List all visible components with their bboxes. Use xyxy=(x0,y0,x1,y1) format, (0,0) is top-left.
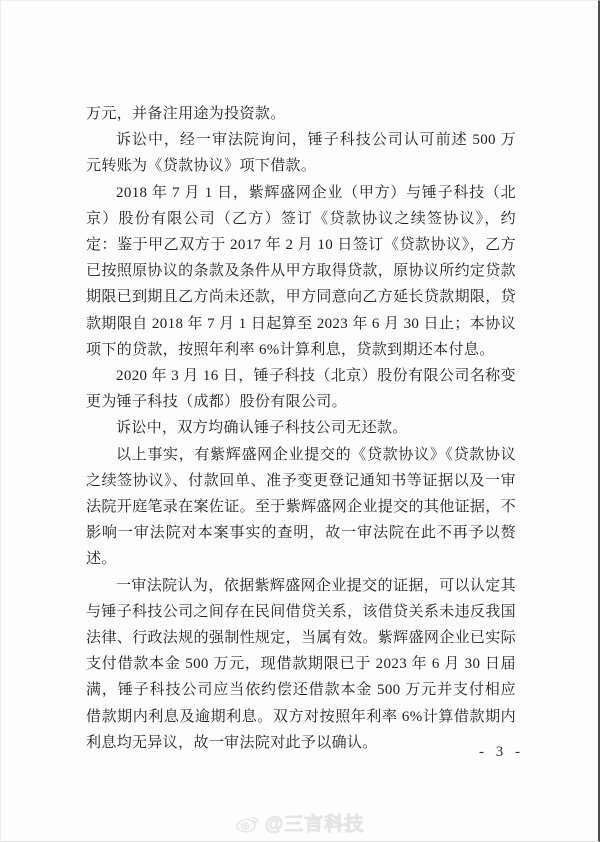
document-page: 万元，并备注用途为投资款。 诉讼中，经一审法院询问，锤子科技公司认可前述 500… xyxy=(0,0,600,842)
paragraph: 诉讼中，双方均确认锤子科技公司无还款。 xyxy=(86,415,516,441)
page-number: - 3 - xyxy=(479,744,524,761)
paragraph: 万元，并备注用途为投资款。 xyxy=(86,101,516,127)
paragraph: 2020 年 3 月 16 日，锤子科技（北京）股份有限公司名称变更为锤子科技（… xyxy=(86,363,516,415)
watermark-text: @三言科技 xyxy=(265,809,365,836)
paragraph: 诉讼中，经一审法院询问，锤子科技公司认可前述 500 万元转账为《贷款协议》项下… xyxy=(86,127,516,179)
paragraph: 以上事实，有紫辉盛网企业提交的《贷款协议》《贷款协议之续签协议》、付款回单、准予… xyxy=(86,442,516,573)
weibo-icon xyxy=(235,812,261,834)
watermark: @三言科技 xyxy=(1,809,598,836)
paragraph: 2018 年 7 月 1 日，紫辉盛网企业（甲方）与锤子科技（北京）股份有限公司… xyxy=(86,180,516,363)
document-body: 万元，并备注用途为投资款。 诉讼中，经一审法院询问，锤子科技公司认可前述 500… xyxy=(86,101,516,756)
paragraph: 一审法院认为，依据紫辉盛网企业提交的证据，可以认定其与锤子科技公司之间存在民间借… xyxy=(86,573,516,756)
